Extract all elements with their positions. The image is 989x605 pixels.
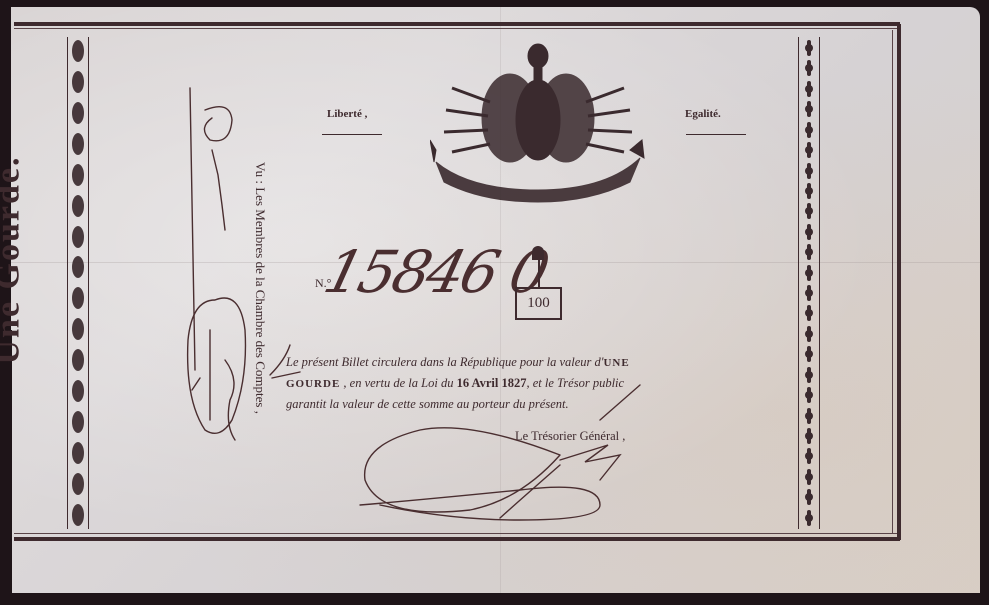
fleur-ornament: [803, 285, 815, 301]
coat-of-arms-icon: [430, 40, 645, 205]
legal-text-line-2: GOURDE , en vertu de la Loi du 16 Avril …: [286, 373, 786, 394]
fleur-ornament: [803, 265, 815, 281]
oval-ornament: [72, 40, 84, 62]
oval-ornament: [72, 195, 84, 217]
motto-egalite: Egalité.: [685, 108, 721, 120]
fleur-ornament: [803, 203, 815, 219]
oval-ornament: [72, 411, 84, 433]
oval-ornament: [72, 318, 84, 340]
fleur-ornament: [803, 244, 815, 260]
fleur-ornament: [803, 101, 815, 117]
border-rule-bottom-inner: [14, 533, 900, 534]
border-rule-bottom: [14, 537, 900, 541]
fleur-ornament: [803, 448, 815, 464]
adjacent-note-fragment: Une Gourde.: [0, 100, 38, 420]
series-box: 100: [515, 287, 562, 320]
motto-liberte: Liberté ,: [327, 108, 367, 120]
ornamental-border-right: [798, 37, 820, 529]
oval-ornament: [72, 133, 84, 155]
border-rule-top: [14, 22, 900, 26]
fleur-ornament: [803, 387, 815, 403]
fleur-ornament: [803, 510, 815, 526]
oval-ornament: [72, 473, 84, 495]
motto-underline-left: [322, 134, 382, 135]
border-rule-right-inner: [892, 30, 893, 534]
fleur-ornament: [803, 81, 815, 97]
legal-text-line-3: garantit la valeur de cette somme au por…: [286, 394, 786, 414]
ornamental-border-left: [67, 37, 89, 529]
liberty-cap-icon: [532, 246, 544, 260]
oval-ornament: [72, 442, 84, 464]
fleur-ornament: [803, 60, 815, 76]
legal-text: Le présent Billet circulera dans la Répu…: [286, 352, 786, 414]
fleur-ornament: [803, 346, 815, 362]
fleur-ornament: [803, 408, 815, 424]
fleur-ornament: [803, 489, 815, 505]
oval-ornament: [72, 226, 84, 248]
legal-text-line-1: Le présent Billet circulera dans la Répu…: [286, 352, 786, 373]
fleur-ornament: [803, 142, 815, 158]
oval-ornament: [72, 71, 84, 93]
oval-ornament: [72, 102, 84, 124]
fleur-ornament: [803, 428, 815, 444]
fleur-ornament: [803, 163, 815, 179]
fleur-ornament: [803, 326, 815, 342]
oval-ornament: [72, 256, 84, 278]
fleur-ornament: [803, 122, 815, 138]
oval-ornament: [72, 349, 84, 371]
fleur-ornament: [803, 224, 815, 240]
border-rule-top-inner: [14, 28, 900, 29]
oval-ornament: [72, 287, 84, 309]
signatory-title: Le Trésorier Général ,: [515, 429, 625, 444]
fleur-ornament: [803, 183, 815, 199]
fleur-ornament: [803, 367, 815, 383]
fleur-ornament: [803, 305, 815, 321]
fleur-ornament: [803, 40, 815, 56]
endorsement-text: Vu : Les Membres de la Chambre des Compt…: [240, 100, 280, 475]
border-rule-right: [897, 24, 901, 540]
liberty-pole: [538, 260, 540, 288]
fleur-ornament: [803, 469, 815, 485]
oval-ornament: [72, 164, 84, 186]
motto-underline-right: [686, 134, 746, 135]
oval-ornament: [72, 380, 84, 402]
oval-ornament: [72, 504, 84, 526]
